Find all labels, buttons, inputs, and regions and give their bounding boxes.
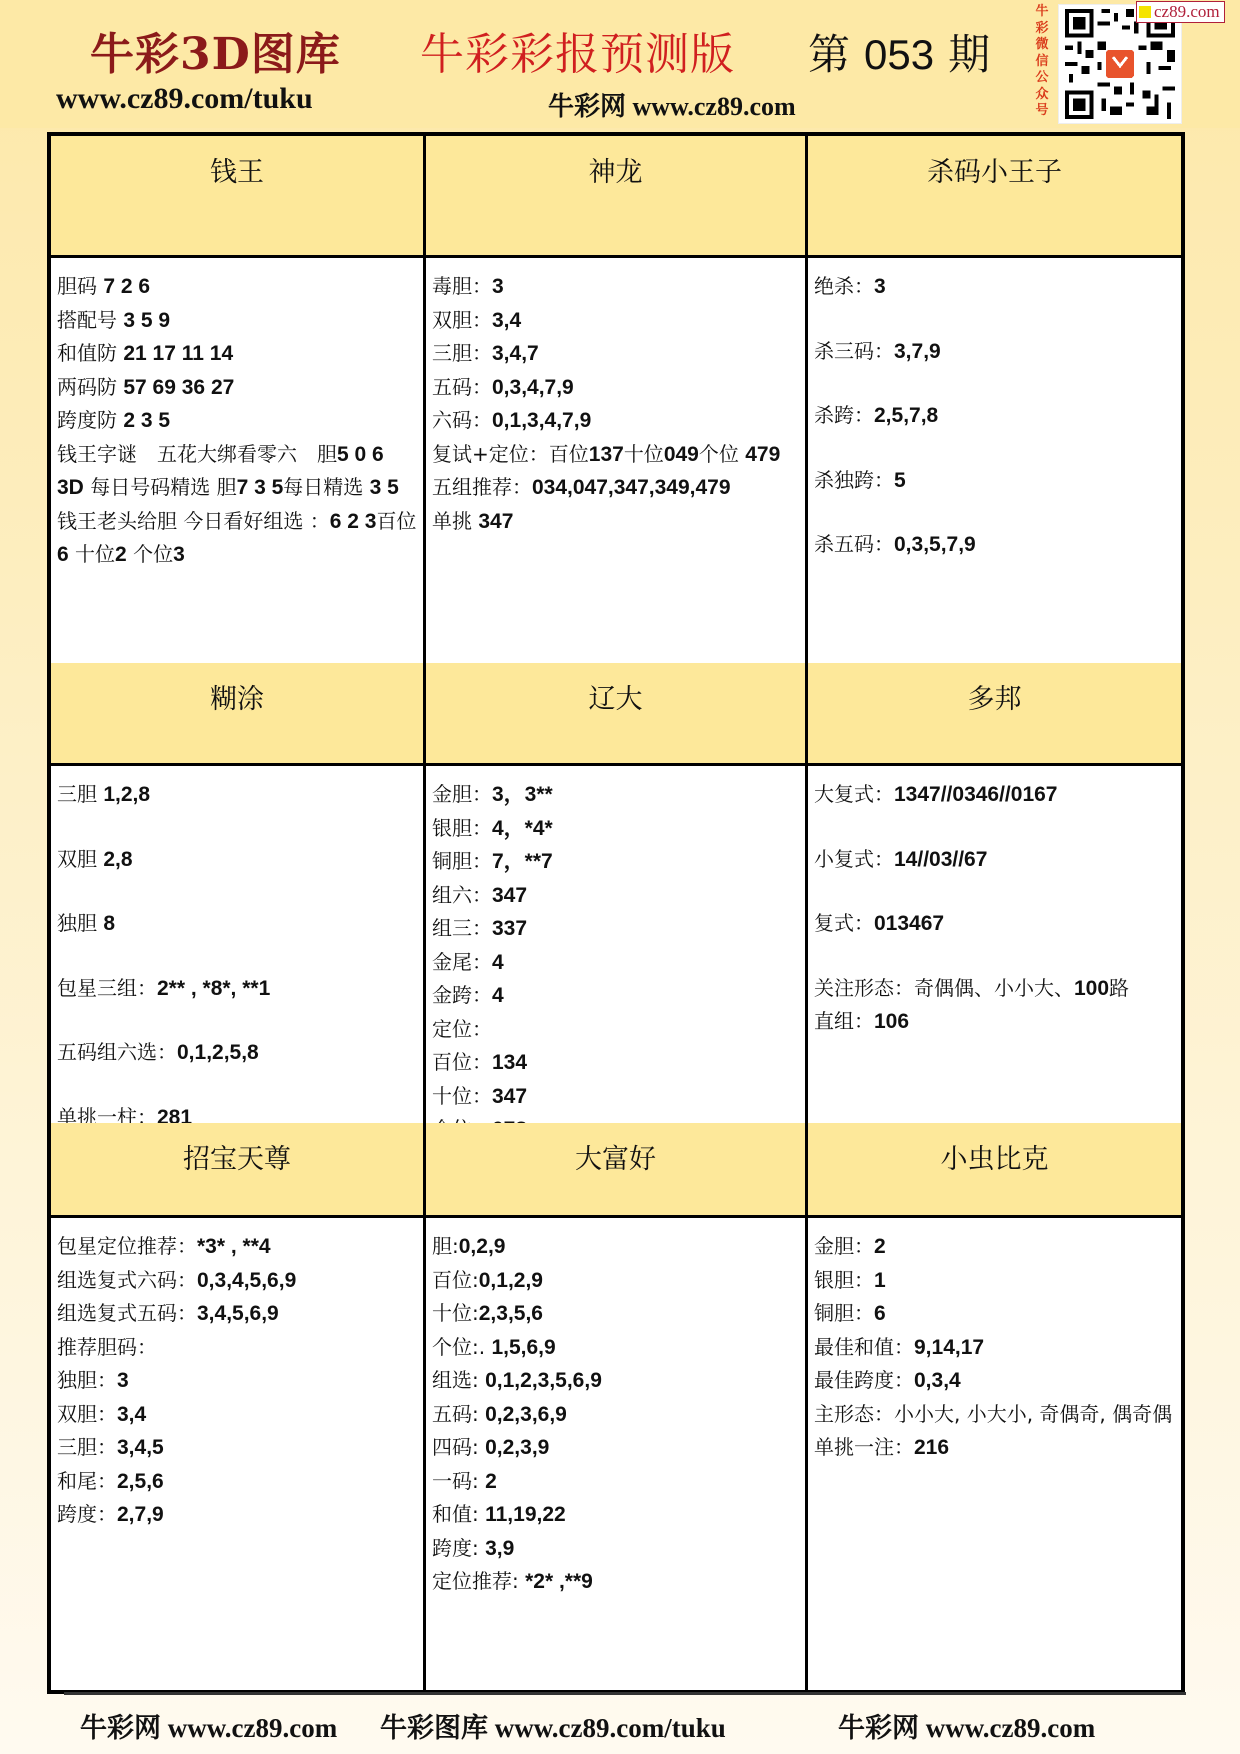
list-item: 胆码 7 2 6 — [57, 270, 417, 304]
list-item: 组选复式六码：0,3,4,5,6,9 — [57, 1264, 423, 1298]
list-item: 组选: 0,1,2,3,5,6,9 — [432, 1364, 805, 1398]
badge-square-icon — [1139, 6, 1151, 18]
list-item: 铜胆：6 — [814, 1297, 1174, 1331]
list-item: 独胆 8 — [57, 907, 423, 941]
list-item: 铜胆：7，**7 — [432, 845, 805, 879]
list-item: 百位:0,1,2,9 — [432, 1264, 805, 1298]
list-item: 主形态：小小大, 小大小, 奇偶奇, 偶奇偶 — [814, 1398, 1174, 1432]
list-item: 十位：347 — [432, 1080, 805, 1114]
list-item: 大复式：1347//0346//0167 — [814, 778, 1181, 812]
list-item: 杀五码：0,3,5,7,9 — [814, 528, 1181, 562]
section-header-dafuhao: 大富好 — [423, 1123, 805, 1215]
section-body-hutu: 三胆 1,2,8 双胆 2,8 独胆 8 包星三组：2** , *8*, **1… — [51, 766, 423, 1123]
section-body-zhaobao: 包星定位推荐：*3* , **4 组选复式六码：0,3,4,5,6,9 组选复式… — [51, 1218, 423, 1690]
list-item: 单挑一注：216 — [814, 1431, 1174, 1465]
section-header-liaoda: 辽大 — [423, 663, 805, 763]
list-item: 组三：337 — [432, 912, 805, 946]
list-item: 跨度: 3,9 — [432, 1532, 805, 1566]
list-item: 百位：134 — [432, 1046, 805, 1080]
logo-url[interactable]: www.cz89.com/tuku — [56, 82, 313, 116]
wechat-label: 牛 彩 微 信 公 众 号 — [1032, 4, 1052, 120]
list-item: 最佳和值：9,14,17 — [814, 1331, 1174, 1365]
list-item: 五码：0,3,4,7,9 — [432, 371, 797, 405]
list-item: 最佳跨度：0,3,4 — [814, 1364, 1174, 1398]
list-item: 银胆：4，*4* — [432, 812, 805, 846]
list-item: 五码: 0,2,3,6,9 — [432, 1398, 805, 1432]
section-header-xiaochong: 小虫比克 — [805, 1123, 1181, 1215]
list-item: 单挑 347 — [432, 505, 797, 539]
site-badge[interactable]: cz89.com — [1136, 1, 1225, 23]
list-item: 毒胆：3 — [432, 270, 797, 304]
list-item: 推荐胆码： — [57, 1331, 423, 1365]
list-item: 六码：0,1,3,4,7,9 — [432, 404, 797, 438]
section-body-liaoda: 金胆：3，3** 银胆：4，*4* 铜胆：7，**7 组六：347 组三：337… — [423, 766, 805, 1123]
list-item: 双胆：3,4 — [57, 1398, 423, 1432]
grid-body-row-3: 包星定位推荐：*3* , **4 组选复式六码：0,3,4,5,6,9 组选复式… — [51, 1218, 1181, 1690]
list-item: 直组：106 — [814, 1005, 1181, 1039]
list-item: 定位： — [432, 1013, 805, 1047]
issue-label: 第053期 — [808, 22, 990, 82]
list-item: 和值防 21 17 11 14 — [57, 337, 417, 371]
list-item: 三胆：3,4,7 — [432, 337, 797, 371]
page-footer: 牛彩网 www.cz89.com 牛彩图库 www.cz89.com/tuku … — [0, 1706, 1240, 1746]
grid-body-row-1: 胆码 7 2 6 搭配号 3 5 9 和值防 21 17 11 14 两码防 5… — [51, 258, 1181, 666]
footer-link-right[interactable]: 牛彩网 www.cz89.com — [838, 1706, 1095, 1745]
list-item: 杀跨：2,5,7,8 — [814, 399, 1181, 433]
grid-bottom-rule — [64, 1692, 1186, 1695]
logo-title: 牛彩3D图库 — [90, 18, 341, 82]
list-item: 3D 每日号码精选 胆7 3 5每日精选 3 5 — [57, 471, 417, 505]
grid-head-row-3: 招宝天尊 大富好 小虫比克 — [51, 1123, 1181, 1218]
list-item: 金尾：4 — [432, 946, 805, 980]
list-item: 五码组六选：0,1,2,5,8 — [57, 1036, 423, 1070]
list-item: 一码: 2 — [432, 1465, 805, 1499]
list-item: 双胆 2,8 — [57, 843, 423, 877]
list-item: 金胆：2 — [814, 1230, 1174, 1264]
grid-head-row-1: 钱王 神龙 杀码小王子 — [51, 136, 1181, 258]
section-header-shama: 杀码小王子 — [805, 136, 1181, 255]
list-item: 关注形态：奇偶偶、小小大、100路 — [814, 972, 1181, 1006]
list-item: 定位推荐: *2* ,**9 — [432, 1565, 805, 1599]
list-item: 和尾：2,5,6 — [57, 1465, 423, 1499]
section-body-qianwang: 胆码 7 2 6 搭配号 3 5 9 和值防 21 17 11 14 两码防 5… — [51, 258, 423, 663]
list-item: 三胆 1,2,8 — [57, 778, 423, 812]
section-header-duobang: 多邦 — [805, 663, 1181, 763]
grid-head-row-2: 糊涂 辽大 多邦 — [51, 663, 1181, 766]
footer-link-left[interactable]: 牛彩网 www.cz89.com — [80, 1706, 337, 1745]
list-item: 和值: 11,19,22 — [432, 1498, 805, 1532]
prediction-grid: 钱王 神龙 杀码小王子 胆码 7 2 6 搭配号 3 5 9 和值防 21 17… — [47, 132, 1185, 1694]
list-item: 复式：013467 — [814, 907, 1181, 941]
list-item: 绝杀：3 — [814, 270, 1181, 304]
list-item: 包星定位推荐：*3* , **4 — [57, 1230, 423, 1264]
section-header-hutu: 糊涂 — [51, 663, 423, 763]
section-body-shenlong: 毒胆：3 双胆：3,4 三胆：3,4,7 五码：0,3,4,7,9 六码：0,1… — [423, 258, 805, 663]
list-item: 银胆：1 — [814, 1264, 1174, 1298]
section-body-dafuhao: 胆:0,2,9 百位:0,1,2,9 十位:2,3,5,6 个位:. 1,5,6… — [423, 1218, 805, 1690]
site-url[interactable]: 牛彩网 www.cz89.com — [548, 86, 796, 123]
section-header-zhaobao: 招宝天尊 — [51, 1123, 423, 1215]
issue-number: 053 — [864, 31, 934, 78]
list-item: 个位:. 1,5,6,9 — [432, 1331, 805, 1365]
list-item: 钱王字谜 五花大绑看零六 胆5 0 6 — [57, 438, 417, 472]
list-item: 胆:0,2,9 — [432, 1230, 805, 1264]
list-item: 四码: 0,2,3,9 — [432, 1431, 805, 1465]
list-item: 组选复式五码：3,4,5,6,9 — [57, 1297, 423, 1331]
list-item: 十位:2,3,5,6 — [432, 1297, 805, 1331]
list-item: 钱王老头给胆 今日看好组选 ：6 2 3百位6 十位2 个位3 — [57, 505, 417, 572]
list-item: 搭配号 3 5 9 — [57, 304, 417, 338]
grid-body-row-2: 三胆 1,2,8 双胆 2,8 独胆 8 包星三组：2** , *8*, **1… — [51, 766, 1181, 1126]
section-header-qianwang: 钱王 — [51, 136, 423, 255]
list-item: 杀独跨：5 — [814, 464, 1181, 498]
list-item: 三胆：3,4,5 — [57, 1431, 423, 1465]
list-item: 金跨：4 — [432, 979, 805, 1013]
list-item: 包星三组：2** , *8*, **1 — [57, 972, 423, 1006]
list-item: 两码防 57 69 36 27 — [57, 371, 417, 405]
section-body-shama: 绝杀：3 杀三码：3,7,9 杀跨：2,5,7,8 杀独跨：5 杀五码：0,3,… — [805, 258, 1181, 663]
list-item: 金胆：3，3** — [432, 778, 805, 812]
list-item: 复试+定位：百位137十位049个位 479 — [432, 438, 797, 472]
section-body-xiaochong: 金胆：2 银胆：1 铜胆：6 最佳和值：9,14,17 最佳跨度：0,3,4 主… — [805, 1218, 1181, 1690]
list-item: 跨度：2,7,9 — [57, 1498, 423, 1532]
main-title: 牛彩彩报预测版 — [420, 18, 735, 82]
page-header: 牛彩3D图库 www.cz89.com/tuku 牛彩彩报预测版 牛彩网 www… — [0, 0, 1240, 128]
footer-link-middle[interactable]: 牛彩图库 www.cz89.com/tuku — [380, 1706, 726, 1745]
issue-suffix: 期 — [948, 30, 990, 79]
list-item: 组六：347 — [432, 879, 805, 913]
list-item: 跨度防 2 3 5 — [57, 404, 417, 438]
list-item: 杀三码：3,7,9 — [814, 335, 1181, 369]
list-item: 小复式：14//03//67 — [814, 843, 1181, 877]
list-item: 五组推荐：034,047,347,349,479 — [432, 471, 797, 505]
section-body-duobang: 大复式：1347//0346//0167 小复式：14//03//67 复式：0… — [805, 766, 1181, 1123]
list-item: 独胆：3 — [57, 1364, 423, 1398]
list-item: 双胆：3,4 — [432, 304, 797, 338]
issue-prefix: 第 — [808, 30, 850, 79]
section-header-shenlong: 神龙 — [423, 136, 805, 255]
